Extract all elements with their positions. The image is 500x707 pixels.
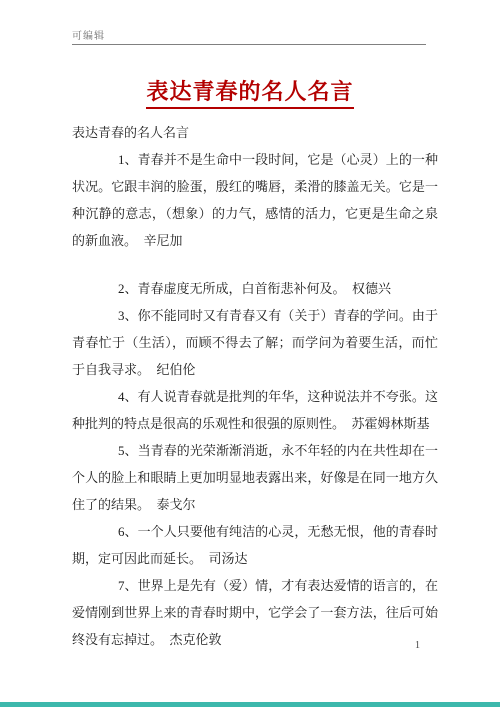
page-number: 1 bbox=[415, 640, 420, 651]
document-subtitle: 表达青春的名人名言 bbox=[72, 119, 438, 146]
quote-paragraph-5: 5、当青春的光荣渐渐消逝，永不年轻的内在共性却在一个人的脸上和眼睛上更加明显地表… bbox=[72, 437, 438, 518]
quote-paragraph-7: 7、世界上是先有（爱）情，才有表达爱情的语言的，在爱情刚到世界上来的青春时期中，… bbox=[72, 572, 438, 653]
quote-paragraph-6: 6、一个人只要他有纯洁的心灵，无愁无恨，他的青春时期，定可因此而延长。 司汤达 bbox=[72, 518, 438, 572]
footer-accent-bar bbox=[0, 702, 500, 707]
document-page: 可编辑 表达青春的名人名言 表达青春的名人名言 1、青春并不是生命中一段时间，它… bbox=[0, 0, 500, 707]
header-rule bbox=[72, 44, 426, 45]
document-body: 表达青春的名人名言 1、青春并不是生命中一段时间，它是（心灵）上的一种状况。它跟… bbox=[0, 119, 500, 653]
quote-paragraph-2: 2、青春虚度无所成，白首衔悲补何及。 权德兴 bbox=[72, 275, 438, 302]
document-title-text: 表达青春的名人名言 bbox=[146, 79, 353, 109]
quote-paragraph-1: 1、青春并不是生命中一段时间，它是（心灵）上的一种状况。它跟丰润的脸蛋，殷红的嘴… bbox=[72, 146, 438, 254]
quote-paragraph-3: 3、你不能同时又有青春又有（关于）青春的学问。由于青春忙于（生活），而顾不得去了… bbox=[72, 302, 438, 383]
quote-paragraph-4: 4、有人说青春就是批判的年华，这种说法并不夸张。这种批判的特点是很高的乐观性和很… bbox=[72, 383, 438, 437]
editable-watermark-note: 可编辑 bbox=[72, 27, 105, 42]
document-title: 表达青春的名人名言 bbox=[0, 75, 500, 106]
